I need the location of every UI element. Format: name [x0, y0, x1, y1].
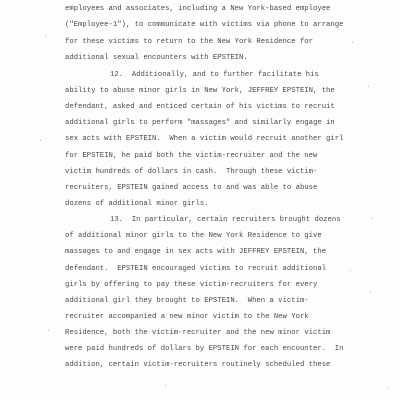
- text-line: girls by offering to pay these victim-re…: [65, 279, 317, 291]
- text-line: defendant, asked and enticed certain of …: [65, 101, 335, 113]
- scan-speck: [372, 218, 373, 219]
- text-line: additional girl they brought to EPSTEIN.…: [65, 295, 309, 307]
- scan-speck: [352, 42, 353, 43]
- text-line: additional sexual encounters with EPSTEI…: [65, 52, 248, 64]
- scan-speck: [40, 140, 41, 141]
- text-line: addition, certain victim-recruiters rout…: [65, 359, 330, 371]
- scan-speck: [388, 388, 389, 389]
- text-line: of additional minor girls to the New Yor…: [65, 230, 322, 242]
- text-line: recruiters, EPSTEIN gained access to and…: [65, 182, 317, 194]
- text-line: ("Employee-1"), to communicate with vict…: [65, 19, 343, 31]
- text-line: additional girls to perform "massages" a…: [65, 117, 335, 129]
- paragraph-13-first-line: 13. In particular, certain recruiters br…: [110, 214, 341, 226]
- scan-speck: [45, 35, 46, 36]
- text-line: victim hundreds of dollars in cash. Thro…: [65, 166, 317, 178]
- scan-speck: [165, 385, 166, 386]
- text-line: defendant. EPSTEIN encouraged victims to…: [65, 263, 326, 275]
- text-line: ability to abuse minor girls in New York…: [65, 85, 335, 97]
- scan-speck: [370, 292, 371, 293]
- text-line: for these victims to return to the New Y…: [65, 36, 313, 48]
- document-page: employees and associates, including a Ne…: [0, 0, 400, 400]
- scan-speck: [368, 86, 369, 87]
- text-line: massages to and engage in sex acts with …: [65, 246, 326, 258]
- text-line: employees and associates, including a Ne…: [65, 3, 330, 15]
- paragraph-12-first-line: 12. Additionally, and to further facilit…: [110, 69, 319, 81]
- text-line: dozens of additional minor girls.: [65, 198, 209, 210]
- text-line: were paid hundreds of dollars by EPSTEIN…: [65, 343, 343, 355]
- text-line: Residence, both the victim-recruiter and…: [65, 327, 330, 339]
- text-line: sex acts with EPSTEIN. When a victim wou…: [65, 133, 343, 145]
- text-line: recruiter accompanied a new minor victim…: [65, 311, 309, 323]
- scan-speck: [48, 330, 49, 331]
- scan-speck: [350, 270, 351, 271]
- text-line: for EPSTEIN, he paid both the victim-rec…: [65, 150, 317, 162]
